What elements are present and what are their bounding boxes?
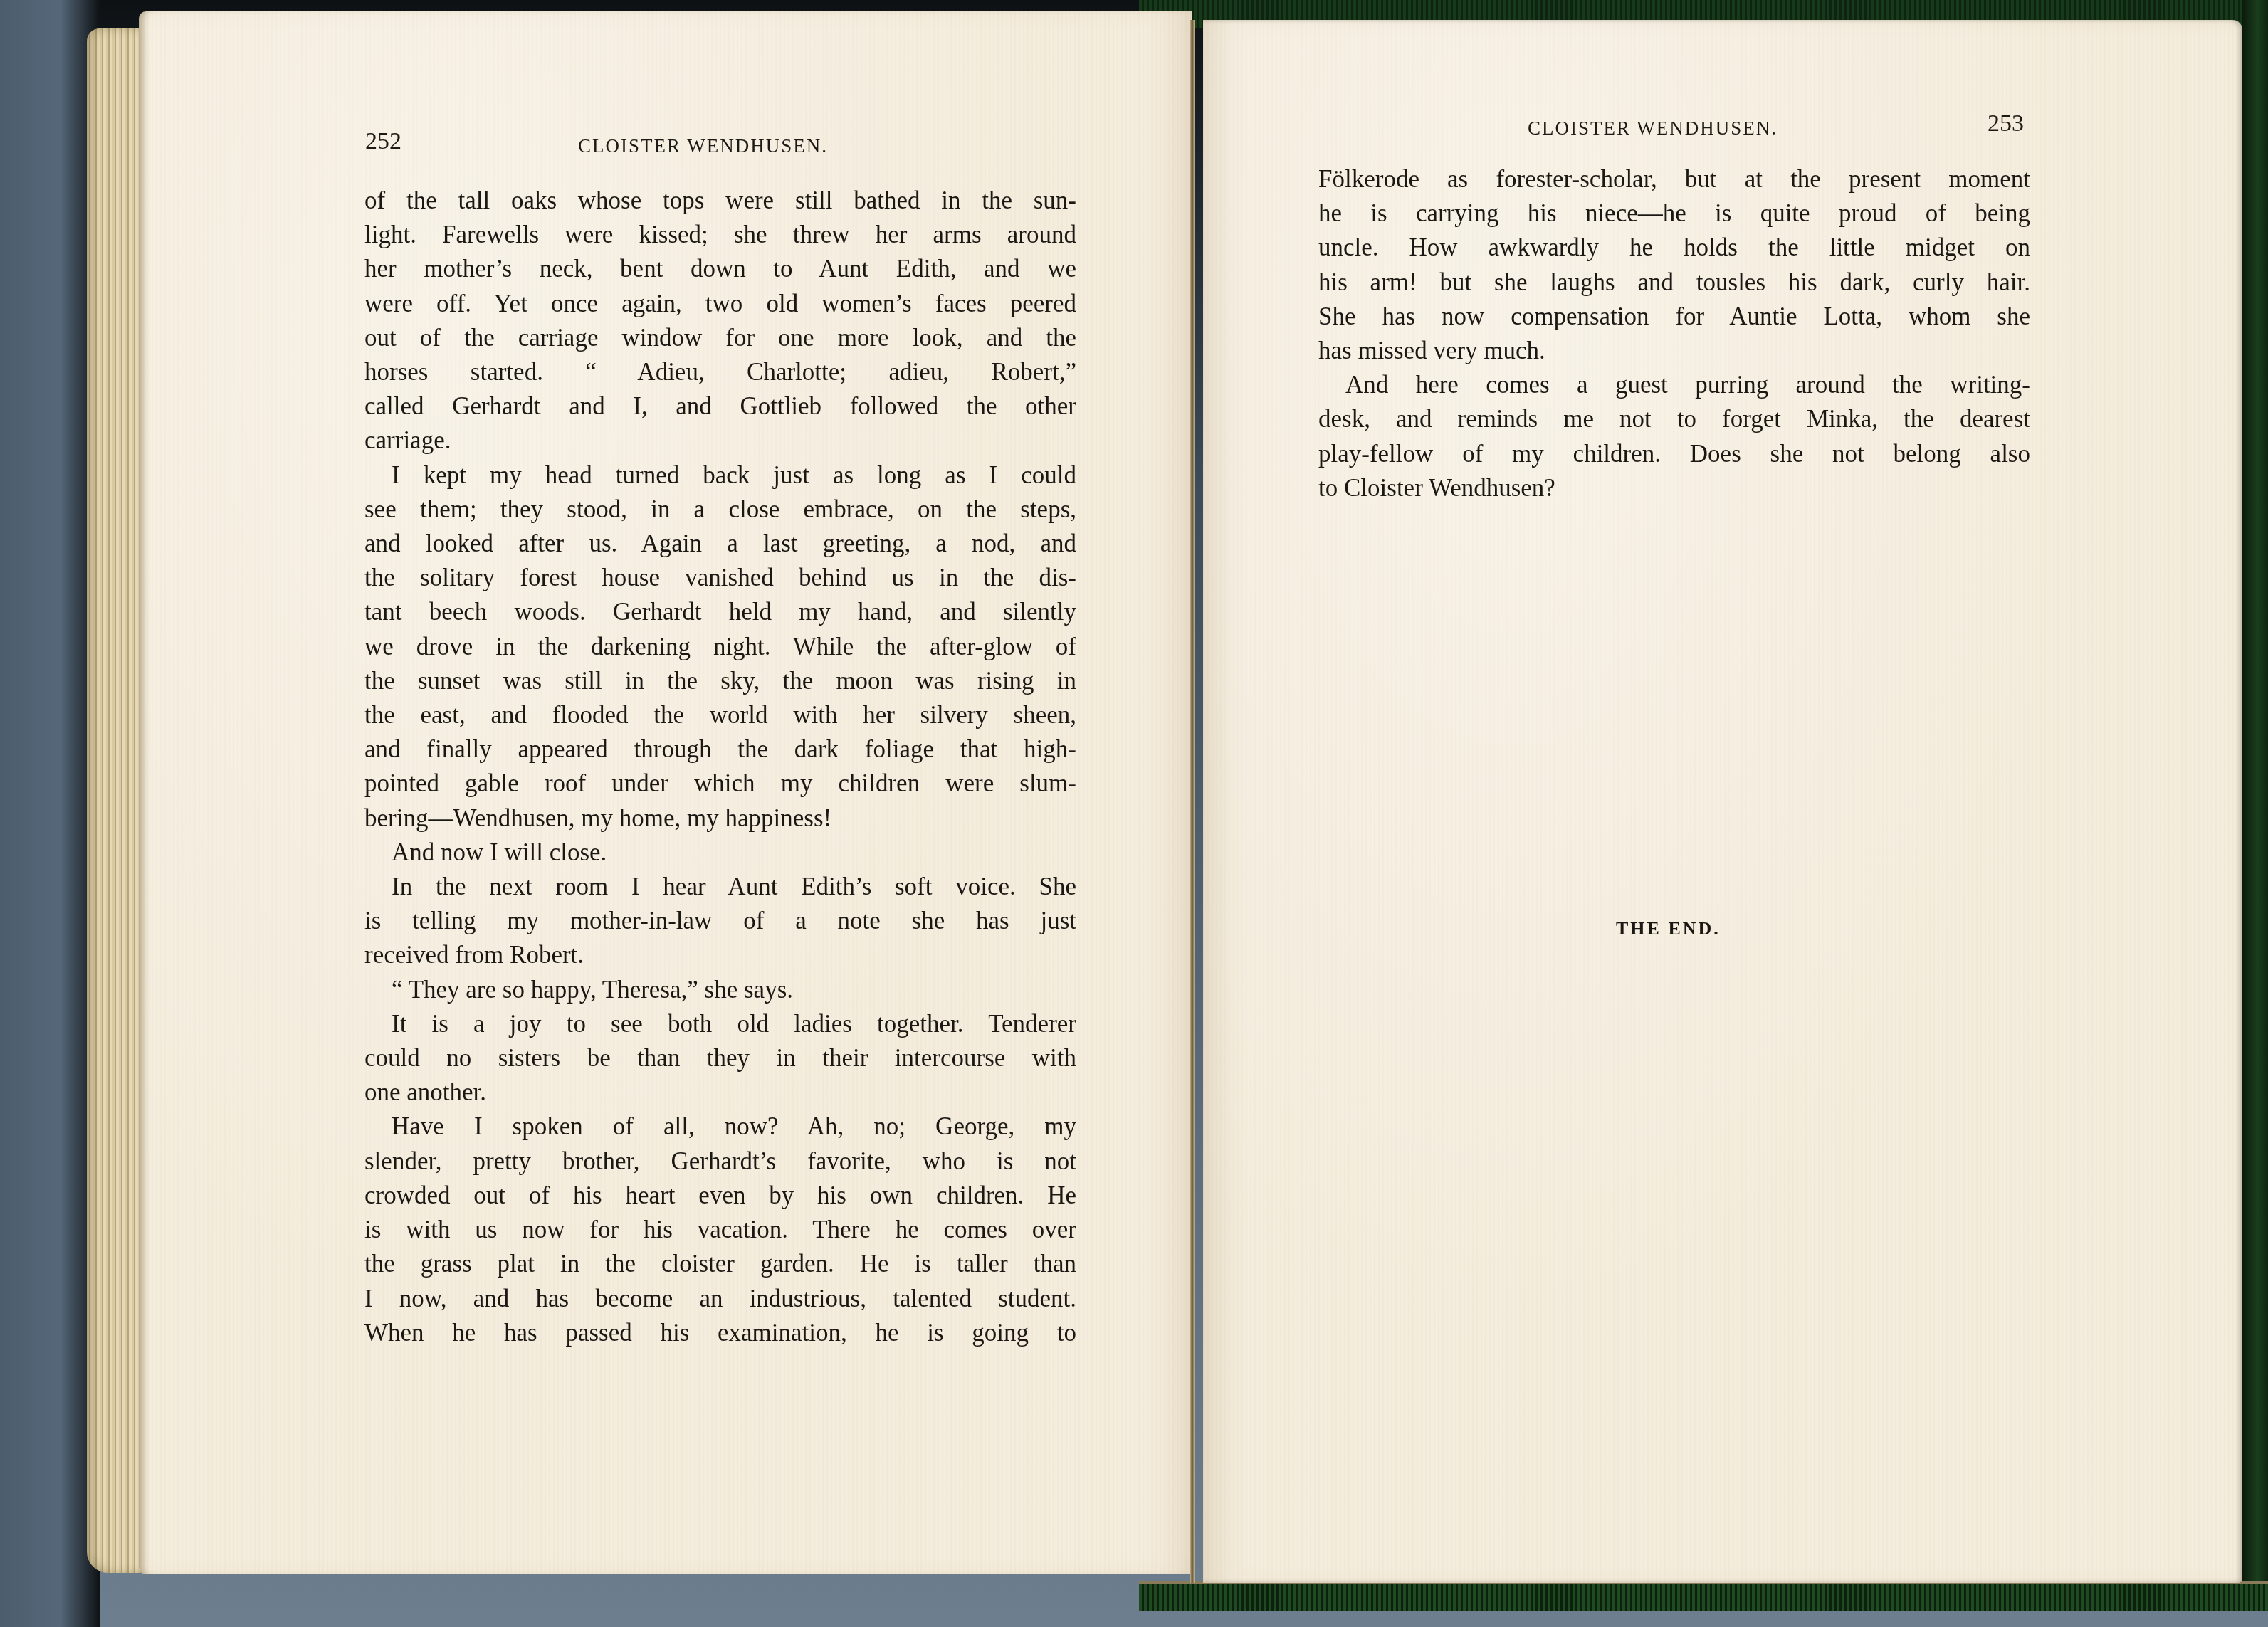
text-line: is telling my mother-in-law of a note sh… xyxy=(364,904,1076,938)
left-page-body: of the tall oaks whose tops were still b… xyxy=(364,184,1076,1350)
text-line: his arm! but she laughs and tousles his … xyxy=(1318,265,2030,300)
text-line: he is carrying his niece—he is quite pro… xyxy=(1318,196,2030,231)
text-line: out of the carriage window for one more … xyxy=(364,321,1076,355)
text-line: see them; they stood, in a close embrace… xyxy=(364,493,1076,527)
right-page-body: Fölkerode as forester-scholar, but at th… xyxy=(1318,162,2030,505)
text-line: we drove in the darkening night. While t… xyxy=(364,630,1076,664)
text-line: could no sisters be than they in their i… xyxy=(364,1041,1076,1075)
book-gutter xyxy=(1190,20,1195,1583)
text-line: “ They are so happy, Theresa,” she says. xyxy=(364,973,1076,1007)
text-line: bering—Wendhusen, my home, my happiness! xyxy=(364,801,1076,836)
text-line: of the tall oaks whose tops were still b… xyxy=(364,184,1076,218)
text-line: is with us now for his vacation. There h… xyxy=(364,1213,1076,1247)
text-line: one another. xyxy=(364,1075,1076,1110)
text-line: She has now compensation for Auntie Lott… xyxy=(1318,300,2030,334)
text-line: her mother’s neck, bent down to Aunt Edi… xyxy=(364,252,1076,286)
text-line: In the next room I hear Aunt Edith’s sof… xyxy=(364,870,1076,904)
text-line: Fölkerode as forester-scholar, but at th… xyxy=(1318,162,2030,196)
text-line: the sunset was still in the sky, the moo… xyxy=(364,664,1076,698)
text-line: I kept my head turned back just as long … xyxy=(364,458,1076,493)
text-line: crowded out of his heart even by his own… xyxy=(364,1179,1076,1213)
text-line: were off. Yet once again, two old women’… xyxy=(364,287,1076,321)
text-line: the grass plat in the cloister garden. H… xyxy=(364,1247,1076,1281)
text-line: And now I will close. xyxy=(364,836,1076,870)
text-line: to Cloister Wendhusen? xyxy=(1318,471,2030,505)
book-scan: 252 CLOISTER WENDHUSEN. of the tall oaks… xyxy=(0,0,2268,1627)
left-running-head: CLOISTER WENDHUSEN. xyxy=(578,135,828,157)
green-cloth-cover-bottom xyxy=(1139,1581,2268,1611)
text-line: has missed very much. xyxy=(1318,334,2030,368)
text-line: When he has passed his examination, he i… xyxy=(364,1316,1076,1350)
text-line: and finally appeared through the dark fo… xyxy=(364,732,1076,767)
text-line: I now, and has become an industrious, ta… xyxy=(364,1282,1076,1316)
text-line: tant beech woods. Gerhardt held my hand,… xyxy=(364,595,1076,629)
page-edges-stack xyxy=(87,28,144,1573)
right-running-head: CLOISTER WENDHUSEN. xyxy=(1528,117,1778,139)
text-line: Have I spoken of all, now? Ah, no; Georg… xyxy=(364,1110,1076,1144)
text-line: desk, and reminds me not to forget Minka… xyxy=(1318,402,2030,436)
scanner-background xyxy=(0,0,100,1627)
text-line: horses started. “ Adieu, Charlotte; adie… xyxy=(364,355,1076,389)
text-line: called Gerhardt and I, and Gottlieb foll… xyxy=(364,389,1076,423)
green-cloth-cover-right xyxy=(2242,0,2268,1608)
text-line: slender, pretty brother, Gerhardt’s favo… xyxy=(364,1144,1076,1179)
text-line: light. Farewells were kissed; she threw … xyxy=(364,218,1076,252)
text-line: received from Robert. xyxy=(364,938,1076,972)
text-line: pointed gable roof under which my childr… xyxy=(364,767,1076,801)
text-line: carriage. xyxy=(364,423,1076,458)
the-end-mark: THE END. xyxy=(1616,918,1721,939)
text-line: It is a joy to see both old ladies toget… xyxy=(364,1007,1076,1041)
left-page-number: 252 xyxy=(365,128,401,155)
text-line: uncle. How awkwardly he holds the little… xyxy=(1318,231,2030,265)
right-page-number: 253 xyxy=(1988,110,2024,137)
text-line: the solitary forest house vanished behin… xyxy=(364,561,1076,595)
text-line: play-fellow of my children. Does she not… xyxy=(1318,437,2030,471)
text-line: and looked after us. Again a last greeti… xyxy=(364,527,1076,561)
text-line: And here comes a guest purring around th… xyxy=(1318,368,2030,402)
text-line: the east, and flooded the world with her… xyxy=(364,698,1076,732)
